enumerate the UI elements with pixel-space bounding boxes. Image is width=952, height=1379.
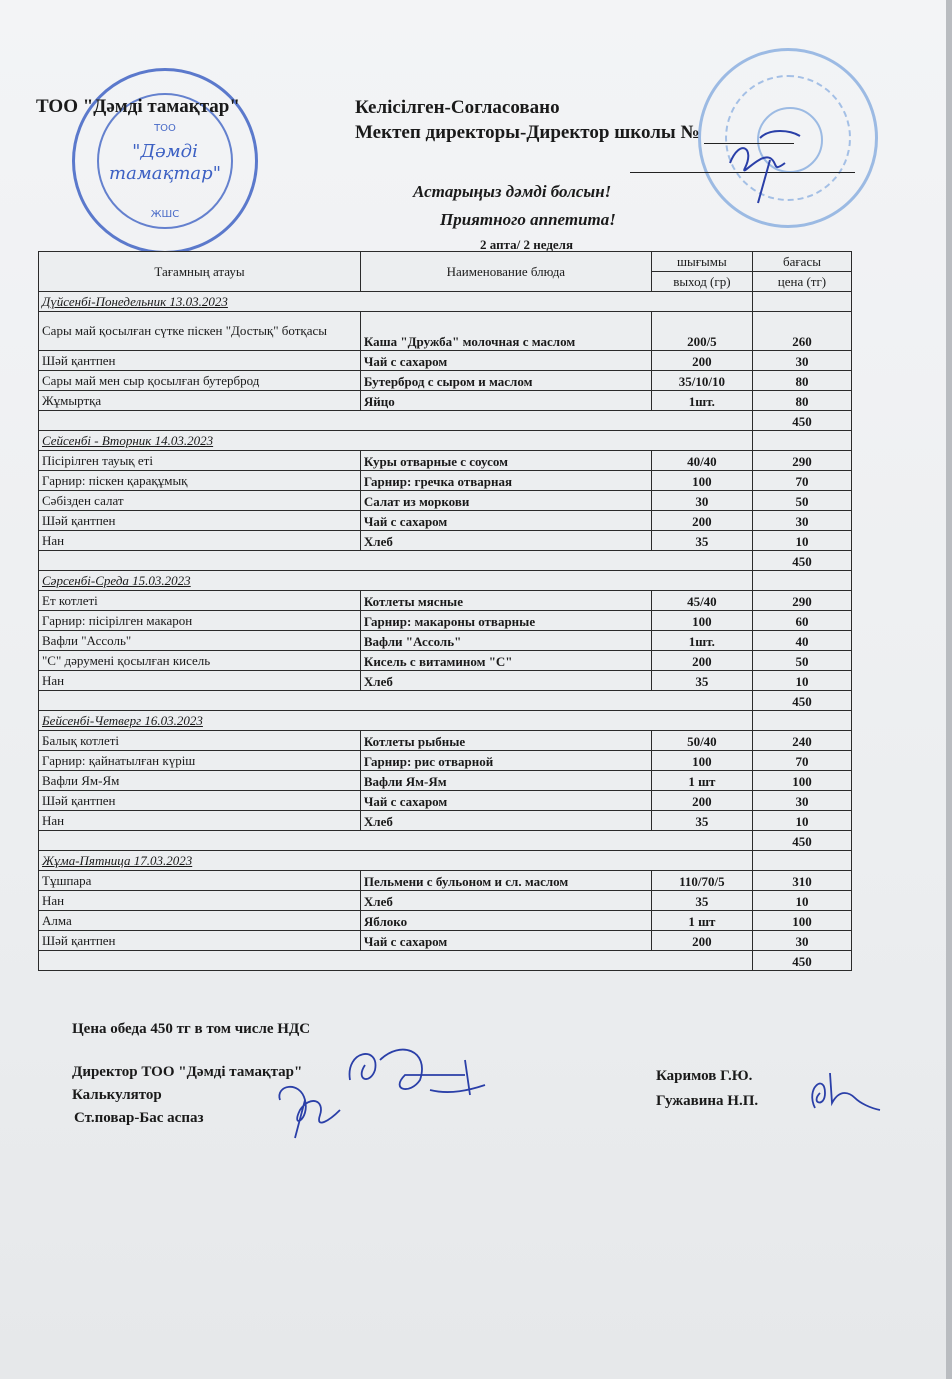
dish-name-kz: Шәй қантпен — [39, 791, 361, 811]
dish-yield: 200 — [651, 351, 752, 371]
dish-name-ru: Чай с сахаром — [360, 931, 651, 951]
dish-name-kz: Шәй қантпен — [39, 931, 361, 951]
day-title-cell: Сейсенбі - Вторник 14.03.2023 — [39, 431, 753, 451]
menu-item-row: Шәй қантпенЧай с сахаром20030 — [39, 931, 852, 951]
dish-name-ru: Пельмени с бульоном и сл. маслом — [360, 871, 651, 891]
stamp-top-text: ТОО — [75, 123, 255, 134]
dish-price: 290 — [752, 591, 851, 611]
dish-yield: 35 — [651, 671, 752, 691]
day-total-row: 450 — [39, 551, 852, 571]
dish-name-kz: Тұшпара — [39, 871, 361, 891]
footer-signatures — [270, 1040, 510, 1140]
menu-item-row: НанХлеб3510 — [39, 531, 852, 551]
price-note: Цена обеда 450 тг в том числе НДС — [72, 1021, 310, 1038]
day-title-cell: Жұма-Пятница 17.03.2023 — [39, 851, 753, 871]
dish-price: 10 — [752, 531, 851, 551]
dish-name-kz: Алма — [39, 911, 361, 931]
menu-table: Тағамның атауы Наименование блюда шығымы… — [38, 251, 852, 971]
dish-name-ru: Хлеб — [360, 811, 651, 831]
day-header-row: Дүйсенбі-Понедельник 13.03.2023 — [39, 292, 852, 312]
dish-price: 80 — [752, 371, 851, 391]
calculator-label: Калькулятор — [72, 1087, 162, 1104]
dish-price: 30 — [752, 791, 851, 811]
day-header-row: Сәрсенбі-Среда 15.03.2023 — [39, 571, 852, 591]
day-total: 450 — [752, 411, 851, 431]
dish-name-kz: Нан — [39, 671, 361, 691]
dish-yield: 50/40 — [651, 731, 752, 751]
day-header-row: Жұма-Пятница 17.03.2023 — [39, 851, 852, 871]
dish-name-ru: Котлеты мясные — [360, 591, 651, 611]
dish-name-kz: Вафли "Ассоль" — [39, 631, 361, 651]
dish-price: 70 — [752, 471, 851, 491]
dish-yield: 1шт. — [651, 391, 752, 411]
day-total-row: 450 — [39, 831, 852, 851]
header-kz-name: Тағамның атауы — [39, 252, 361, 292]
dish-yield: 200/5 — [651, 312, 752, 351]
day-title: Жұма-Пятница 17.03.2023 — [42, 853, 192, 868]
dish-name-kz: Гарнир: қайнатылған күріш — [39, 751, 361, 771]
dish-name-kz: Ет котлеті — [39, 591, 361, 611]
dish-yield: 200 — [651, 931, 752, 951]
dish-price: 100 — [752, 911, 851, 931]
dish-yield: 45/40 — [651, 591, 752, 611]
dish-price: 50 — [752, 651, 851, 671]
dish-name-ru: Хлеб — [360, 531, 651, 551]
header-yield-ru: выход (гр) — [651, 272, 752, 292]
dish-price: 40 — [752, 631, 851, 651]
dish-yield: 35 — [651, 891, 752, 911]
dish-price: 100 — [752, 771, 851, 791]
header-yield-kz: шығымы — [651, 252, 752, 272]
wish-russian: Приятного аппетита! — [440, 210, 616, 230]
day-total: 450 — [752, 551, 851, 571]
paper-edge-shadow — [946, 0, 952, 1379]
director-signature — [700, 118, 810, 208]
dish-yield: 200 — [651, 651, 752, 671]
menu-item-row: "С" дәрумені қосылған кисельКисель с вит… — [39, 651, 852, 671]
dish-name-ru: Хлеб — [360, 671, 651, 691]
dish-yield: 30 — [651, 491, 752, 511]
menu-item-row: Сары май мен сыр қосылған бутербродБутер… — [39, 371, 852, 391]
chef-label: Ст.повар-Бас аспаз — [74, 1110, 204, 1127]
stamp-bottom-text: ЖШС — [75, 209, 255, 220]
dish-price: 70 — [752, 751, 851, 771]
dish-name-ru: Гарнир: гречка отварная — [360, 471, 651, 491]
dish-name-ru: Вафли Ям-Ям — [360, 771, 651, 791]
menu-item-row: Шәй қантпенЧай с сахаром20030 — [39, 791, 852, 811]
menu-item-row: АлмаЯблоко1 шт100 — [39, 911, 852, 931]
dish-name-ru: Котлеты рыбные — [360, 731, 651, 751]
menu-item-row: ТұшпараПельмени с бульоном и сл. маслом1… — [39, 871, 852, 891]
approval-heading: Келісілген-Согласовано — [355, 97, 560, 119]
header-price-ru: цена (тг) — [752, 272, 851, 292]
dish-yield: 35 — [651, 531, 752, 551]
menu-item-row: Сәбізден салатСалат из моркови3050 — [39, 491, 852, 511]
director-name: Каримов Г.Ю. — [656, 1068, 752, 1085]
dish-name-ru: Вафли "Ассоль" — [360, 631, 651, 651]
dish-price: 30 — [752, 351, 851, 371]
dish-name-ru: Хлеб — [360, 891, 651, 911]
dish-name-kz: Балық котлеті — [39, 731, 361, 751]
dish-price: 240 — [752, 731, 851, 751]
menu-item-row: Гарнир: қайнатылған күрішГарнир: рис отв… — [39, 751, 852, 771]
dish-name-ru: Каша "Дружба" молочная с маслом — [360, 312, 651, 351]
day-total: 450 — [752, 831, 851, 851]
dish-yield: 100 — [651, 471, 752, 491]
dish-name-kz: Нан — [39, 811, 361, 831]
dish-name-ru: Кисель с витамином "С" — [360, 651, 651, 671]
dish-name-kz: "С" дәрумені қосылған кисель — [39, 651, 361, 671]
day-header-row: Бейсенбі-Четверг 16.03.2023 — [39, 711, 852, 731]
menu-item-row: Пісірілген тауық етіКуры отварные с соус… — [39, 451, 852, 471]
empty-cell — [39, 411, 753, 431]
menu-body: Дүйсенбі-Понедельник 13.03.2023Сары май … — [39, 292, 852, 971]
empty-cell — [752, 711, 851, 731]
empty-cell — [752, 571, 851, 591]
dish-price: 10 — [752, 811, 851, 831]
dish-yield: 200 — [651, 791, 752, 811]
dish-yield: 1 шт — [651, 911, 752, 931]
dish-name-kz: Гарнир: піскен қарақұмық — [39, 471, 361, 491]
empty-cell — [752, 431, 851, 451]
menu-document: ТОО "Дәмді тамақтар" ЖШС ТОО "Дәмді тама… — [0, 0, 952, 1379]
menu-item-row: Вафли Ям-ЯмВафли Ям-Ям1 шт100 — [39, 771, 852, 791]
dish-price: 80 — [752, 391, 851, 411]
menu-item-row: НанХлеб3510 — [39, 811, 852, 831]
dish-name-ru: Чай с сахаром — [360, 351, 651, 371]
dish-name-ru: Бутерброд с сыром и маслом — [360, 371, 651, 391]
dish-name-kz: Гарнир: пісірілген макарон — [39, 611, 361, 631]
dish-name-kz: Жұмыртқа — [39, 391, 361, 411]
menu-item-row: Вафли "Ассоль"Вафли "Ассоль"1шт.40 — [39, 631, 852, 651]
calculator-signature — [800, 1068, 890, 1118]
company-title: ТОО "Дәмді тамақтар" — [36, 96, 240, 118]
empty-cell — [39, 551, 753, 571]
day-total-row: 450 — [39, 951, 852, 971]
dish-price: 50 — [752, 491, 851, 511]
day-total: 450 — [752, 691, 851, 711]
dish-price: 290 — [752, 451, 851, 471]
menu-item-row: Шәй қантпенЧай с сахаром20030 — [39, 351, 852, 371]
director-label: Директор ТОО "Дәмді тамақтар" — [72, 1064, 302, 1081]
dish-yield: 200 — [651, 511, 752, 531]
dish-name-ru: Гарнир: рис отварной — [360, 751, 651, 771]
dish-name-kz: Шәй қантпен — [39, 351, 361, 371]
dish-yield: 100 — [651, 611, 752, 631]
dish-name-ru: Гарнир: макароны отварные — [360, 611, 651, 631]
empty-cell — [39, 691, 753, 711]
dish-yield: 1 шт — [651, 771, 752, 791]
day-title: Бейсенбі-Четверг 16.03.2023 — [42, 713, 203, 728]
menu-item-row: Ет котлетіКотлеты мясные45/40290 — [39, 591, 852, 611]
dish-yield: 100 — [651, 751, 752, 771]
dish-yield: 1шт. — [651, 631, 752, 651]
dish-name-ru: Чай с сахаром — [360, 791, 651, 811]
dish-name-kz: Нан — [39, 891, 361, 911]
empty-cell — [39, 831, 753, 851]
dish-price: 30 — [752, 511, 851, 531]
day-header-row: Сейсенбі - Вторник 14.03.2023 — [39, 431, 852, 451]
dish-name-kz: Сары май қосылған сүтке піскен "Достық" … — [39, 312, 361, 351]
dish-yield: 110/70/5 — [651, 871, 752, 891]
dish-name-kz: Вафли Ям-Ям — [39, 771, 361, 791]
dish-price: 10 — [752, 891, 851, 911]
dish-price: 260 — [752, 312, 851, 351]
dish-name-ru: Салат из моркови — [360, 491, 651, 511]
dish-name-ru: Яблоко — [360, 911, 651, 931]
dish-price: 60 — [752, 611, 851, 631]
wish-kazakh: Астарыңыз дәмді болсын! — [413, 182, 611, 202]
dish-name-kz: Пісірілген тауық еті — [39, 451, 361, 471]
day-title: Сейсенбі - Вторник 14.03.2023 — [42, 433, 213, 448]
empty-cell — [39, 951, 753, 971]
day-title-cell: Бейсенбі-Четверг 16.03.2023 — [39, 711, 753, 731]
menu-item-row: Гарнир: піскен қарақұмықГарнир: гречка о… — [39, 471, 852, 491]
dish-yield: 35 — [651, 811, 752, 831]
stamp-company-name: "Дәмді тамақтар" — [75, 141, 255, 185]
empty-cell — [752, 292, 851, 312]
dish-price: 310 — [752, 871, 851, 891]
day-total-row: 450 — [39, 691, 852, 711]
menu-item-row: НанХлеб3510 — [39, 891, 852, 911]
day-title: Дүйсенбі-Понедельник 13.03.2023 — [42, 294, 228, 309]
day-title-cell: Дүйсенбі-Понедельник 13.03.2023 — [39, 292, 753, 312]
menu-item-row: Сары май қосылған сүтке піскен "Достық" … — [39, 312, 852, 351]
dish-yield: 35/10/10 — [651, 371, 752, 391]
dish-name-kz: Сәбізден салат — [39, 491, 361, 511]
dish-name-ru: Чай с сахаром — [360, 511, 651, 531]
day-title: Сәрсенбі-Среда 15.03.2023 — [42, 573, 191, 588]
menu-item-row: ЖұмыртқаЯйцо1шт.80 — [39, 391, 852, 411]
dish-yield: 40/40 — [651, 451, 752, 471]
day-total: 450 — [752, 951, 851, 971]
dish-name-kz: Шәй қантпен — [39, 511, 361, 531]
dish-name-kz: Нан — [39, 531, 361, 551]
menu-item-row: Шәй қантпенЧай с сахаром20030 — [39, 511, 852, 531]
header-ru-name: Наименование блюда — [360, 252, 651, 292]
empty-cell — [752, 851, 851, 871]
dish-name-kz: Сары май мен сыр қосылған бутерброд — [39, 371, 361, 391]
calculator-name: Гужавина Н.П. — [656, 1093, 758, 1110]
menu-item-row: Гарнир: пісірілген макаронГарнир: макаро… — [39, 611, 852, 631]
menu-item-row: НанХлеб3510 — [39, 671, 852, 691]
dish-price: 10 — [752, 671, 851, 691]
dish-price: 30 — [752, 931, 851, 951]
dish-name-ru: Яйцо — [360, 391, 651, 411]
day-title-cell: Сәрсенбі-Среда 15.03.2023 — [39, 571, 753, 591]
header-price-kz: бағасы — [752, 252, 851, 272]
day-total-row: 450 — [39, 411, 852, 431]
menu-item-row: Балық котлетіКотлеты рыбные50/40240 — [39, 731, 852, 751]
approval-director-label: Мектеп директоры-Директор школы № — [355, 122, 700, 143]
dish-name-ru: Куры отварные с соусом — [360, 451, 651, 471]
